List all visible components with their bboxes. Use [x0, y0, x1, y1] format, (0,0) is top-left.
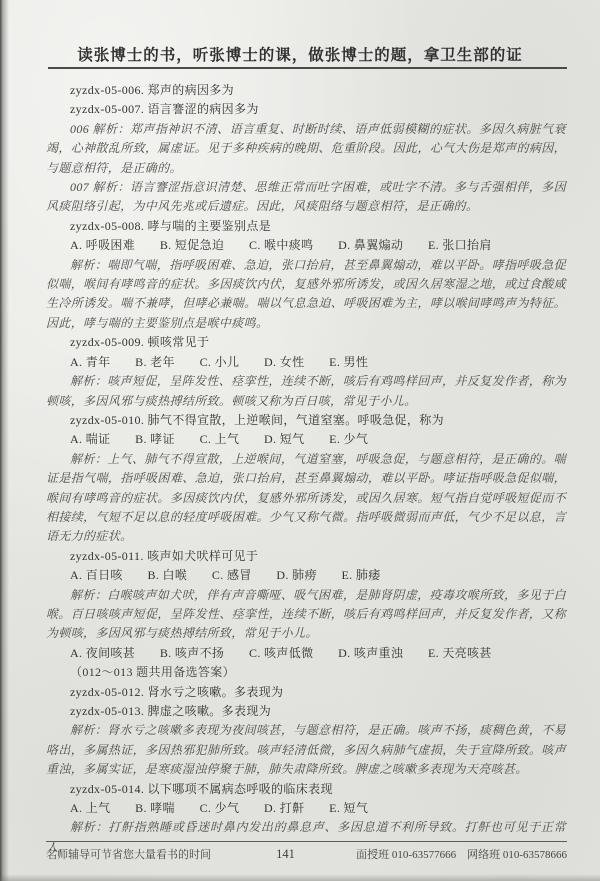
footer-divider [46, 841, 567, 842]
question-line-007: zyzdx-05-007. 语言謇涩的病因多为 [46, 100, 566, 119]
explanation-011: 解析：白喉咳声如犬吠，伴有声音嘶哑、吸气困难，是肺肾阴虚，疫毒攻喉所致，多见于白… [46, 586, 566, 644]
question-line-008: zyzdx-05-008. 哮与喘的主要鉴别点是 [46, 217, 566, 236]
shared-answers-note: （012～013 题共用备选答案） [46, 663, 566, 682]
header-slogan: 读张博士的书，听张博士的课，做张博士的题，拿卫生部的证 [0, 43, 600, 65]
footer-slogan: 名师辅导可节省您大量看书的时间 [46, 846, 246, 862]
options-line-010: A. 喘证 B. 哮证 C. 上气 D. 短气 E. 少气 [46, 430, 566, 449]
scan-bottom-edge [0, 874, 600, 881]
explanation-007: 007 解析：语言謇涩指意识清楚、思维正常而吐字困难，或吐字不清。多与舌强相伴，… [46, 178, 566, 217]
question-line-014: zyzdx-05-014. 以下哪项不属病态呼吸的临床表现 [46, 780, 566, 799]
question-line-012: zyzdx-05-012. 肾水亏之咳嗽。多表现为 [46, 683, 566, 702]
question-line-013: zyzdx-05-013. 脾虚之咳嗽。多表现为 [46, 702, 566, 721]
explanation-012-013: 解析：肾水亏之咳嗽多表现为夜间咳甚，与题意相符，是正确。咳声不扬，痰稠色黄，不易… [46, 721, 566, 779]
options-line-009: A. 青年 B. 老年 C. 小儿 D. 女性 E. 男性 [46, 353, 566, 372]
scan-left-edge [0, 0, 9, 881]
question-line-011: zyzdx-05-011. 咳声如犬吠样可见于 [46, 547, 566, 566]
question-line-006: zyzdx-05-006. 郑声的病因多为 [46, 81, 566, 100]
options-line-014: A. 上气 B. 哮喘 C. 少气 D. 打鼾 E. 短气 [46, 799, 566, 818]
options-line-011: A. 百日咳 B. 白喉 C. 感冒 D. 肺痨 E. 肺痿 [46, 566, 566, 585]
explanation-006: 006 解析：郑声指神识不清、语言重复、时断时续、语声低弱模糊的症状。多因久病脏… [46, 120, 566, 178]
page-footer: 名师辅导可节省您大量看书的时间 141 面授班 010-63577666 网络班… [46, 846, 567, 862]
question-line-010: zyzdx-05-010. 肺气不得宣散，上逆喉间，气道窒塞。呼吸急促，称为 [46, 411, 566, 430]
explanation-008: 解析：喘即气喘，指呼吸困难、急迫，张口抬肩，甚至鼻翼煽动，难以平卧。哮指呼吸急促… [46, 256, 566, 334]
options-line-008: A. 呼吸困难 B. 短促急迫 C. 喉中痰鸣 D. 鼻翼煽动 E. 张口抬肩 [46, 236, 566, 255]
options-line-012-013: A. 夜间咳甚 B. 咳声不扬 C. 咳声低微 D. 咳声重浊 E. 天亮咳甚 [46, 644, 566, 663]
scanned-book-page: 读张博士的书，听张博士的课，做张博士的题，拿卫生部的证 zyzdx-05-006… [0, 0, 600, 881]
question-line-009: zyzdx-05-009. 顿咳常见于 [46, 333, 566, 352]
explanation-009: 解析：咳声短促，呈阵发性、痉挛性，连续不断，咳后有鸡鸣样回声，并反复发作者，称为… [46, 372, 566, 411]
header-divider [48, 67, 567, 69]
document-body: zyzdx-05-006. 郑声的病因多为 zyzdx-05-007. 语言謇涩… [46, 81, 566, 857]
footer-contact-info: 面授班 010-63577666 网络班 010-63578666 [325, 846, 567, 862]
explanation-010: 解析：上气、肺气不得宣散，上逆喉间，气道窒塞，呼吸急促，与题意相符，是正确的。喘… [46, 450, 566, 547]
page-number: 141 [246, 847, 325, 862]
